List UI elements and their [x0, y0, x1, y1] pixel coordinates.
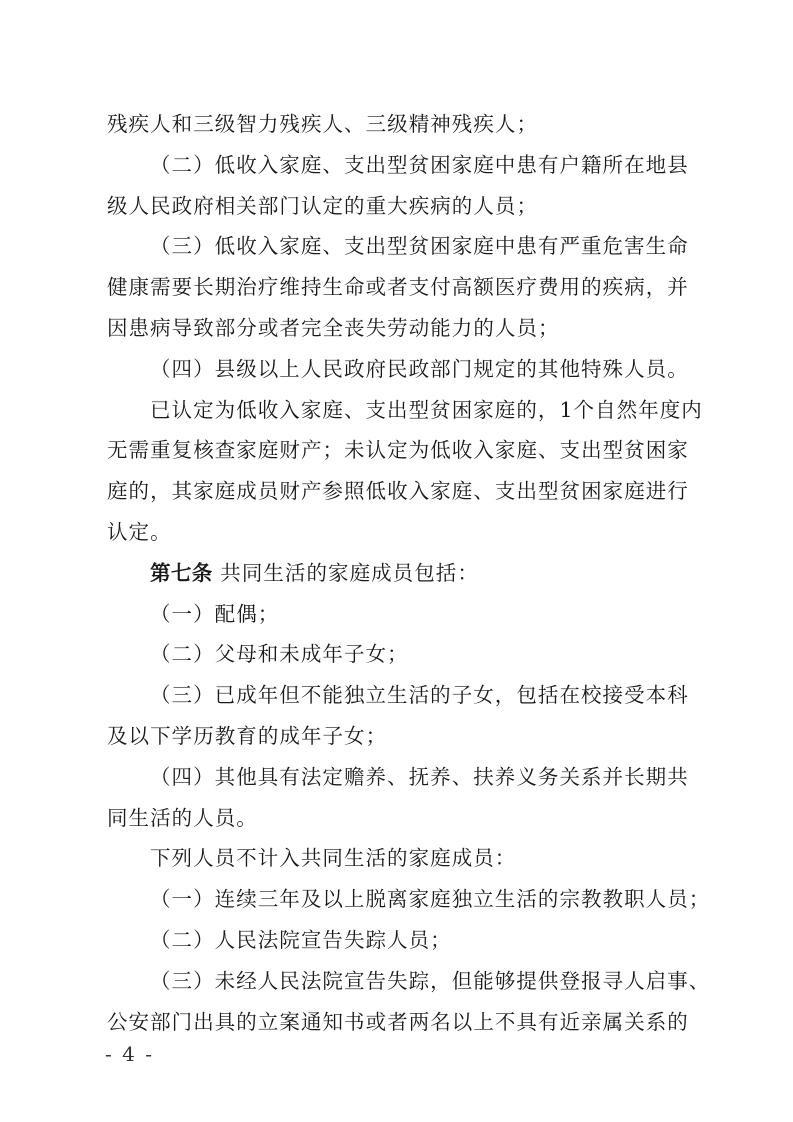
paragraph-line: （三）低收入家庭、支出型贫困家庭中患有严重危害生命	[107, 226, 693, 267]
paragraph-line: 及以下学历教育的成年子女；	[107, 716, 693, 757]
paragraph-line: 同生活的人员。	[107, 798, 693, 839]
article-heading-line: 第七条 共同生活的家庭成员包括：	[107, 553, 693, 594]
paragraph-line: 因患病导致部分或者完全丧失劳动能力的人员；	[107, 308, 693, 349]
article-number: 第七条	[150, 561, 213, 585]
paragraph-line: 已认定为低收入家庭、支出型贫困家庭的，1个自然年度内	[107, 390, 693, 431]
paragraph-line: （四）县级以上人民政府民政部门规定的其他特殊人员。	[107, 349, 693, 390]
paragraph-line: 认定。	[107, 512, 693, 553]
paragraph-line: （三）未经人民法院宣告失踪，但能够提供登报寻人启事、	[107, 961, 693, 1002]
paragraph-line: 公安部门出具的立案通知书或者两名以上不具有近亲属关系的	[107, 1002, 693, 1043]
paragraph-line: （一）配偶；	[107, 594, 693, 635]
paragraph-line: （三）已成年但不能独立生活的子女，包括在校接受本科	[107, 675, 693, 716]
paragraph-line: （二）人民法院宣告失踪人员；	[107, 920, 693, 961]
document-page: 残疾人和三级智力残疾人、三级精神残疾人； （二）低收入家庭、支出型贫困家庭中患有…	[0, 0, 793, 1122]
page-number: - 4 -	[105, 1042, 154, 1066]
paragraph-line: 庭的，其家庭成员财产参照低收入家庭、支出型贫困家庭进行	[107, 471, 693, 512]
paragraph-line: 级人民政府相关部门认定的重大疾病的人员；	[107, 186, 693, 227]
paragraph-line: （一）连续三年及以上脱离家庭独立生活的宗教教职人员；	[107, 879, 693, 920]
paragraph-line: 下列人员不计入共同生活的家庭成员：	[107, 838, 693, 879]
paragraph-line: 无需重复核查家庭财产；未认定为低收入家庭、支出型贫困家	[107, 430, 693, 471]
paragraph-line: （二）低收入家庭、支出型贫困家庭中患有户籍所在地县	[107, 145, 693, 186]
document-body: 残疾人和三级智力残疾人、三级精神残疾人； （二）低收入家庭、支出型贫困家庭中患有…	[107, 104, 693, 1042]
paragraph-line: 残疾人和三级智力残疾人、三级精神残疾人；	[107, 104, 693, 145]
paragraph-line: （四）其他具有法定赡养、抚养、扶养义务关系并长期共	[107, 757, 693, 798]
paragraph-line: 健康需要长期治疗维持生命或者支付高额医疗费用的疾病，并	[107, 267, 693, 308]
article-intro: 共同生活的家庭成员包括：	[213, 561, 479, 585]
paragraph-line: （二）父母和未成年子女；	[107, 634, 693, 675]
